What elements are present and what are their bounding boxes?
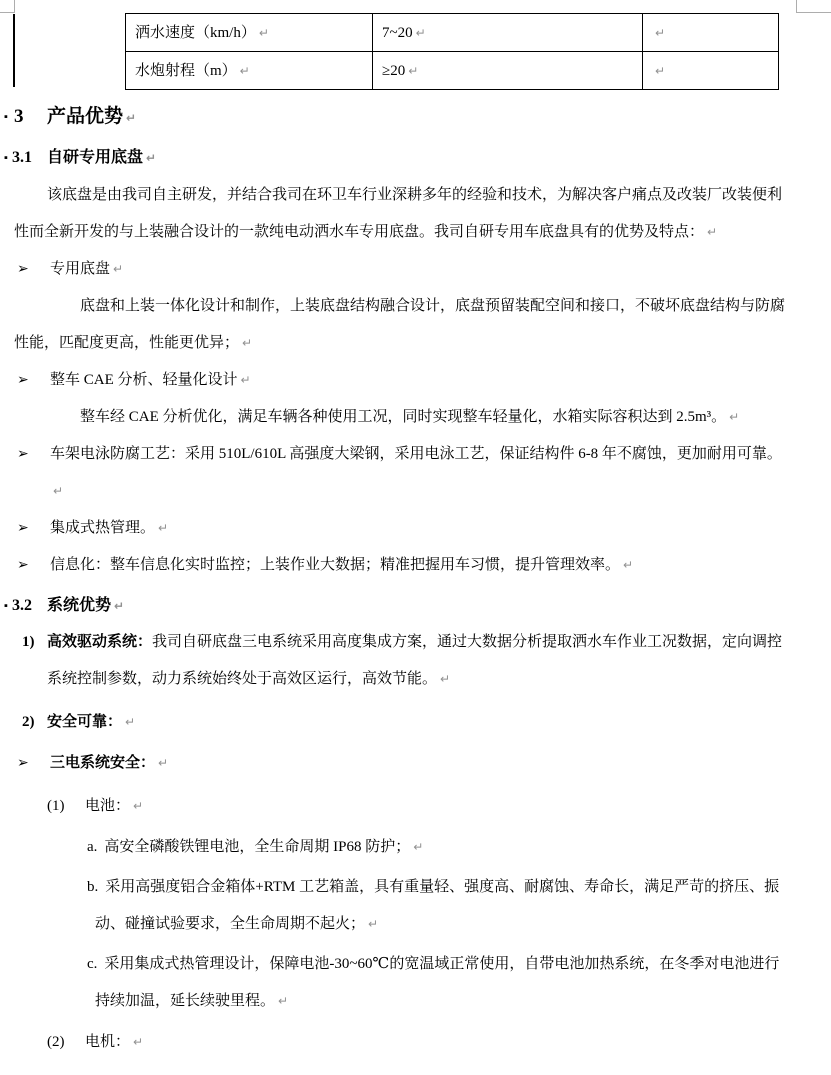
list-letter: c. xyxy=(87,956,97,972)
sub-item-battery: (1)电池：↵ xyxy=(14,788,793,825)
document-content: 洒水速度（km/h）↵ 7~20↵ ↵ 水炮射程（m）↵ ≥20↵ ↵ ▪3产品… xyxy=(0,13,831,1061)
paragraph-text: 整车经 CAE 分析优化，满足车辆各种使用工况，同时实现整车轻量化，水箱实际容积… xyxy=(80,409,726,425)
table-cell-label[interactable]: 洒水速度（km/h）↵ xyxy=(126,14,373,52)
bullet-item-thermal-management: ➢集成式热管理。↵ xyxy=(14,510,793,547)
letter-item-c: c.采用集成式热管理设计，保障电池-30~60℃的宽温域正常使用，自带电池加热系… xyxy=(14,946,793,1020)
item-lead-text: 安全可靠： xyxy=(47,714,122,730)
item-text: 高安全磷酸铁锂电池，全生命周期 IP68 防护； xyxy=(104,839,410,855)
cell-text: 7~20 xyxy=(382,25,413,41)
heading-number: 3.1 xyxy=(12,146,47,170)
bullet-text: 信息化：整车信息化实时监控；上装作业大数据；精准把握用车习惯，提升管理效率。 xyxy=(50,557,620,573)
table-cell-empty[interactable]: ↵ xyxy=(643,14,779,52)
heading-title: 产品优势 xyxy=(47,106,123,127)
paragraph-mark: ↵ xyxy=(707,225,717,239)
table-row: 水炮射程（m）↵ ≥20↵ ↵ xyxy=(126,52,779,90)
paragraph-text: 底盘和上装一体化设计和制作，上装底盘结构融合设计，底盘预留装配空间和接口，不破坏… xyxy=(14,298,785,351)
item-lead-text: 高效驱动系统： xyxy=(47,634,152,650)
heading-section-3-1: ▪3.1自研专用底盘↵ xyxy=(14,146,793,170)
bullet-text: 专用底盘 xyxy=(50,261,110,277)
paragraph-mark: ↵ xyxy=(655,26,665,40)
table-cell-value[interactable]: ≥20↵ xyxy=(373,52,643,90)
table-cell-label[interactable]: 水炮射程（m）↵ xyxy=(126,52,373,90)
paragraph-mark: ↵ xyxy=(53,484,63,498)
outline-square-icon: ▪ xyxy=(4,594,8,618)
letter-item-b: b.采用高强度铝合金箱体+RTM 工艺箱盖，具有重量轻、强度高、耐腐蚀、寿命长，… xyxy=(14,869,793,943)
paragraph-mark: ↵ xyxy=(114,599,124,613)
paragraph-mark: ↵ xyxy=(241,373,251,387)
list-letter: a. xyxy=(87,839,97,855)
paragraph-mark: ↵ xyxy=(278,994,288,1008)
paragraph-cae-detail: 整车经 CAE 分析优化，满足车辆各种使用工况，同时实现整车轻量化，水箱实际容积… xyxy=(14,399,793,436)
arrow-bullet-icon: ➢ xyxy=(17,745,29,782)
paragraph-mark: ↵ xyxy=(242,336,252,350)
table-row: 洒水速度（km/h）↵ 7~20↵ ↵ xyxy=(126,14,779,52)
arrow-bullet-icon: ➢ xyxy=(17,510,29,547)
paragraph-mark: ↵ xyxy=(413,840,423,854)
paragraph-mark: ↵ xyxy=(126,111,136,125)
arrow-bullet-icon: ➢ xyxy=(17,547,29,584)
table-cell-value[interactable]: 7~20↵ xyxy=(373,14,643,52)
item-text: 电机： xyxy=(85,1034,130,1050)
arrow-bullet-icon: ➢ xyxy=(17,251,29,288)
item-text: 电池： xyxy=(85,798,130,814)
paragraph-text: 该底盘是由我司自主研发，并结合我司在环卫车行业深耕多年的经验和技术，为解决客户痛… xyxy=(14,187,782,240)
heading-title: 自研专用底盘 xyxy=(47,149,143,166)
paragraph-mark: ↵ xyxy=(368,917,378,931)
bullet-item-dedicated-chassis: ➢专用底盘↵ xyxy=(14,251,793,288)
item-text: 我司自研底盘三电系统采用高度集成方案，通过大数据分析提取洒水车作业工况数据，定向… xyxy=(47,634,782,687)
arrow-bullet-icon: ➢ xyxy=(17,362,29,399)
item-text: 采用高强度铝合金箱体+RTM 工艺箱盖，具有重量轻、强度高、耐腐蚀、寿命长，满足… xyxy=(95,879,779,932)
bullet-item-informatization: ➢信息化：整车信息化实时监控；上装作业大数据；精准把握用车习惯，提升管理效率。↵ xyxy=(14,547,793,584)
paragraph-mark: ↵ xyxy=(259,26,269,40)
page-corner-mark-left xyxy=(0,0,15,13)
heading-number: 3 xyxy=(14,103,47,131)
paragraph-mark: ↵ xyxy=(408,64,418,78)
heading-section-3: ▪3产品优势↵ xyxy=(14,103,793,132)
spec-table: 洒水速度（km/h）↵ 7~20↵ ↵ 水炮射程（m）↵ ≥20↵ ↵ xyxy=(125,13,779,90)
heading-number: 3.2 xyxy=(12,594,47,618)
bullet-text: 车架电泳防腐工艺：采用 510L/610L 高强度大梁钢，采用电泳工艺，保证结构… xyxy=(50,446,782,462)
cell-text: 洒水速度（km/h） xyxy=(135,25,256,41)
list-letter: b. xyxy=(87,879,98,895)
list-number: (1) xyxy=(47,788,65,825)
paragraph-mark: ↵ xyxy=(729,410,739,424)
paragraph-chassis-detail: 底盘和上装一体化设计和制作，上装底盘结构融合设计，底盘预留装配空间和接口，不破坏… xyxy=(14,288,793,362)
paragraph-mark: ↵ xyxy=(133,1035,143,1049)
numbered-item-safety: 2)安全可靠：↵ xyxy=(14,704,793,741)
list-number: 2) xyxy=(22,704,35,741)
document-page: 洒水速度（km/h）↵ 7~20↵ ↵ 水炮射程（m）↵ ≥20↵ ↵ ▪3产品… xyxy=(0,0,831,1075)
table-cell-empty[interactable]: ↵ xyxy=(643,52,779,90)
numbered-item-drive-system: 1)高效驱动系统：我司自研底盘三电系统采用高度集成方案，通过大数据分析提取洒水车… xyxy=(14,624,793,698)
heading-section-3-2: ▪3.2系统优势↵ xyxy=(14,594,793,618)
revision-change-bar xyxy=(13,14,15,87)
paragraph-mark: ↵ xyxy=(133,799,143,813)
paragraph-mark: ↵ xyxy=(146,151,156,165)
bullet-item-three-electric-safety: ➢三电系统安全：↵ xyxy=(14,745,793,782)
item-text: 采用集成式热管理设计，保障电池-30~60℃的宽温域正常使用，自带电池加热系统，… xyxy=(95,956,779,1009)
paragraph-mark: ↵ xyxy=(158,521,168,535)
bullet-item-frame-coating: ➢车架电泳防腐工艺：采用 510L/610L 高强度大梁钢，采用电泳工艺，保证结… xyxy=(14,436,793,510)
paragraph-mark: ↵ xyxy=(240,64,250,78)
heading-title: 系统优势 xyxy=(47,597,111,614)
outline-square-icon: ▪ xyxy=(4,103,8,131)
sub-item-motor: (2)电机：↵ xyxy=(14,1024,793,1061)
paragraph-mark: ↵ xyxy=(113,262,123,276)
arrow-bullet-icon: ➢ xyxy=(17,436,29,473)
bullet-text: 整车 CAE 分析、轻量化设计 xyxy=(50,372,238,388)
paragraph-mark: ↵ xyxy=(440,672,450,686)
paragraph-intro: 该底盘是由我司自主研发，并结合我司在环卫车行业深耕多年的经验和技术，为解决客户痛… xyxy=(14,177,793,251)
list-number: (2) xyxy=(47,1024,65,1061)
outline-square-icon: ▪ xyxy=(4,146,8,170)
cell-text: 水炮射程（m） xyxy=(135,63,237,79)
bullet-item-cae-design: ➢整车 CAE 分析、轻量化设计↵ xyxy=(14,362,793,399)
letter-item-a: a.高安全磷酸铁锂电池，全生命周期 IP68 防护；↵ xyxy=(14,829,793,866)
paragraph-mark: ↵ xyxy=(655,64,665,78)
paragraph-mark: ↵ xyxy=(158,756,168,770)
bullet-text: 三电系统安全： xyxy=(50,755,155,771)
page-corner-mark-right xyxy=(796,0,831,13)
paragraph-mark: ↵ xyxy=(416,26,426,40)
cell-text: ≥20 xyxy=(382,63,405,79)
paragraph-mark: ↵ xyxy=(623,558,633,572)
list-number: 1) xyxy=(22,624,35,661)
bullet-text: 集成式热管理。 xyxy=(50,520,155,536)
paragraph-mark: ↵ xyxy=(125,715,135,729)
